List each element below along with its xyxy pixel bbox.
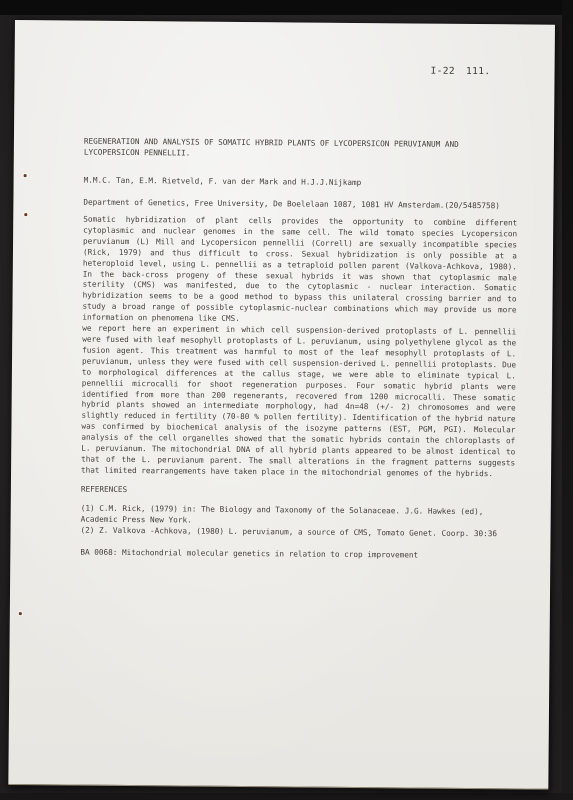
abstract: Somatic hybridization of plant cells pro… xyxy=(81,215,517,481)
backdrop-top-band xyxy=(0,0,573,15)
document-title: REGENERATION AND ANALYSIS OF SOMATIC HYB… xyxy=(84,137,518,163)
section-number: I-22 xyxy=(431,66,456,77)
paper-sheet: I-22 111. REGENERATION AND ANALYSIS OF S… xyxy=(8,20,555,790)
abstract-paragraph-1: Somatic hybridization of plant cells pro… xyxy=(82,215,517,328)
references-heading: REFERENCES xyxy=(81,485,515,500)
ba-note: BA 0068: Mitochondrial molecular genetic… xyxy=(80,548,514,563)
references-list: (1) C.M. Rick, (1979) in: The Biology an… xyxy=(80,504,514,541)
ink-speck xyxy=(19,612,22,615)
authors-line: M.M.C. Tan, E.M. Rietveld, F. van der Ma… xyxy=(84,176,518,191)
ink-speck xyxy=(24,213,27,216)
abstract-paragraph-2: we report here an experiment in which ce… xyxy=(81,324,516,480)
backdrop-bottom-band xyxy=(0,793,573,800)
affiliation-line: Department of Genetics, Free University,… xyxy=(83,198,517,213)
ink-speck xyxy=(24,174,27,177)
page-number: 111. xyxy=(466,66,491,77)
page-label: I-22 111. xyxy=(431,66,491,78)
backdrop-right-band xyxy=(562,0,573,800)
scanned-page-photo: I-22 111. REGENERATION AND ANALYSIS OF S… xyxy=(0,0,573,800)
